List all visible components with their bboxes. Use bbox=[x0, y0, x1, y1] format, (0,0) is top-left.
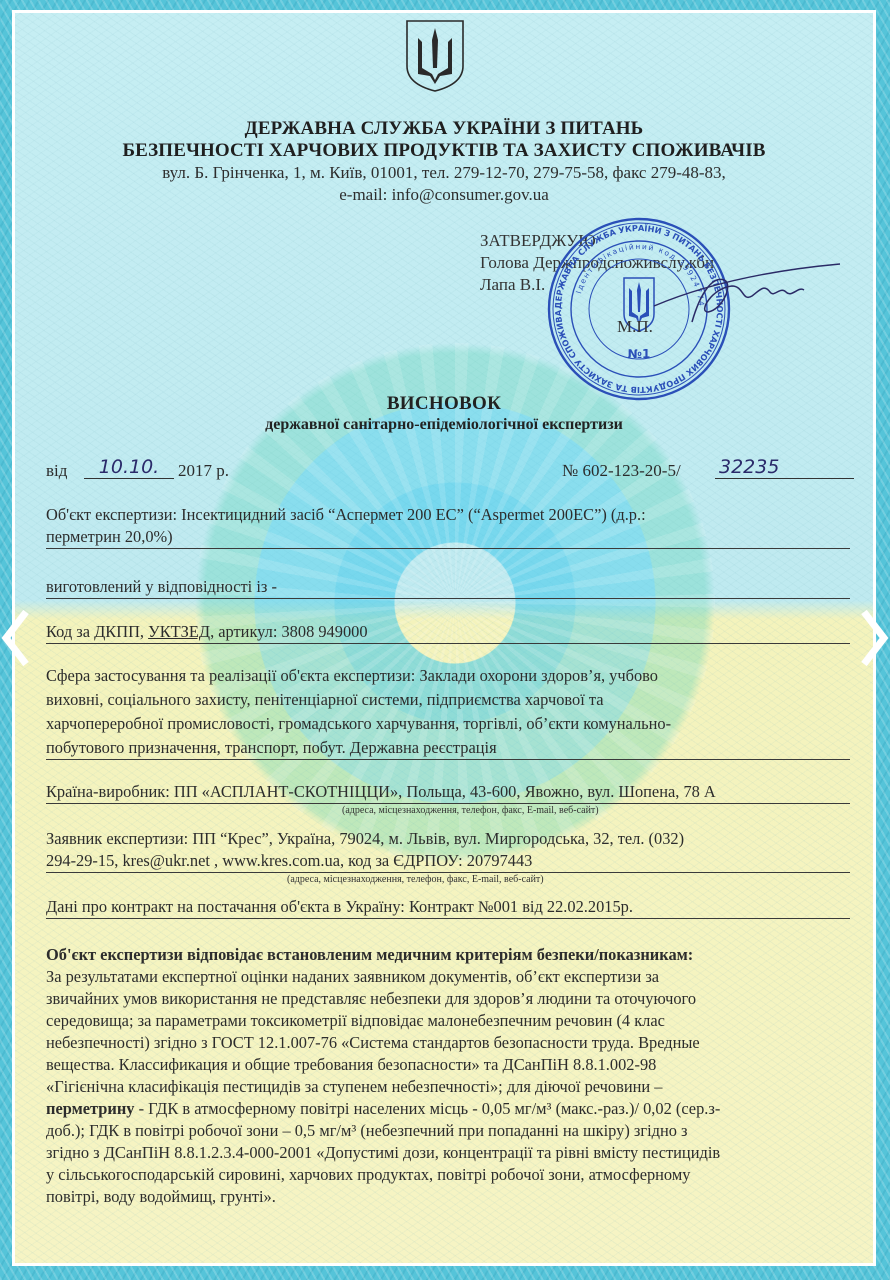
conclusion-line: звичайних умов використання не представл… bbox=[46, 988, 850, 1010]
conclusion-line: небезпечності) згідно з ГОСТ 12.1.007-76… bbox=[46, 1032, 850, 1054]
conclusion-line: повітрі, воду водоймищ, грунті». bbox=[46, 1186, 850, 1208]
applicant-line-1: Заявник експертизи: ПП “Крес”, Україна, … bbox=[46, 828, 850, 850]
conclusion-line: середовища; за параметрами токсикометрії… bbox=[46, 1010, 850, 1032]
scope-line-4: побутового призначення, транспорт, побут… bbox=[46, 737, 850, 759]
divider bbox=[46, 918, 850, 919]
conclusion-line: згідно з ДСанПіН 8.8.1.2.3.4-000-2001 «Д… bbox=[46, 1142, 850, 1164]
applicant-line-2: 294-29-15, kres@ukr.net , www.kres.com.u… bbox=[46, 850, 850, 872]
document-number-prefix: № 602-123-20-5/ bbox=[562, 461, 681, 481]
conclusion-heading: Об'єкт експертизи відповідає встановлени… bbox=[46, 944, 850, 966]
signature bbox=[652, 250, 842, 330]
scope-line-1: Сфера застосування та реалізації об'єкта… bbox=[46, 665, 850, 687]
document-number-handwritten: 32235 bbox=[715, 456, 854, 479]
conclusion-line: доб.); ГДК в повітрі робочої зони – 0,5 … bbox=[46, 1120, 850, 1142]
document-content: ДЕРЖАВНА СЛУЖБА УКРАЇНИ З ПИТАНЬ БЕЗПЕЧН… bbox=[12, 10, 876, 1266]
stamp-number: №1 bbox=[628, 347, 651, 361]
chevron-right-icon[interactable] bbox=[856, 608, 890, 668]
document-title: ВИСНОВОК bbox=[12, 393, 876, 415]
conclusion-line: «Гігієнічна класифікація пестицидів за с… bbox=[46, 1076, 850, 1098]
conclusion-line: За результатами експертної оцінки надани… bbox=[46, 966, 850, 988]
substance-limits: - ГДК в атмосферному повітрі населених м… bbox=[134, 1099, 720, 1118]
divider bbox=[46, 643, 850, 644]
scope-line-2: виховні, соціального захисту, пенітенціа… bbox=[46, 689, 850, 711]
date-prefix: від bbox=[46, 461, 67, 481]
document-border: ДЕРЖАВНА СЛУЖБА УКРАЇНИ З ПИТАНЬ БЕЗПЕЧН… bbox=[0, 0, 890, 1280]
substance-name: перметрину bbox=[46, 1099, 134, 1118]
organization-email: e-mail: info@consumer.gov.ua bbox=[12, 185, 876, 205]
organization-name-line1: ДЕРЖАВНА СЛУЖБА УКРАЇНИ З ПИТАНЬ bbox=[12, 118, 876, 140]
date-year: 2017 р. bbox=[178, 461, 229, 481]
conclusion-line: вещества. Классификация и общие требован… bbox=[46, 1054, 850, 1076]
organization-name-line2: БЕЗПЕЧНОСТІ ХАРЧОВИХ ПРОДУКТІВ ТА ЗАХИСТ… bbox=[12, 140, 876, 162]
document-sheet: ДЕРЖАВНА СЛУЖБА УКРАЇНИ З ПИТАНЬ БЕЗПЕЧН… bbox=[12, 10, 876, 1266]
conclusion-substance-line: перметрину - ГДК в атмосферному повітрі … bbox=[46, 1098, 850, 1120]
divider bbox=[46, 548, 850, 549]
object-line-1: Об'єкт експертизи: Інсектицидний засіб “… bbox=[46, 504, 850, 526]
chevron-left-icon[interactable] bbox=[0, 608, 34, 668]
organization-address: вул. Б. Грінченка, 1, м. Київ, 01001, те… bbox=[12, 163, 876, 183]
code-uktzed: УКТЗЕД bbox=[148, 622, 210, 641]
divider bbox=[46, 598, 850, 599]
ukraine-trident-icon bbox=[404, 18, 466, 94]
manufactured-according: виготовлений у відповідності із - bbox=[46, 576, 850, 598]
producer-hint: (адреса, місцезнаходження, телефон, факс… bbox=[342, 805, 599, 816]
seal-placeholder-label: М.П. bbox=[617, 317, 653, 337]
date-handwritten: 10.10. bbox=[84, 456, 174, 479]
conclusion-line: у сільськогосподарській сировині, харчов… bbox=[46, 1164, 850, 1186]
product-code: Код за ДКПП, УКТЗЕД, артикул: 3808 94900… bbox=[46, 621, 850, 643]
divider bbox=[46, 759, 850, 760]
applicant-hint: (адреса, місцезнаходження, телефон, факс… bbox=[287, 874, 544, 885]
producer: Країна-виробник: ПП «АСПЛАНТ-СКОТНІЦЦИ»,… bbox=[46, 781, 850, 803]
divider bbox=[46, 803, 850, 804]
contract: Дані про контракт на постачання об'єкта … bbox=[46, 896, 850, 918]
document-subtitle: державної санітарно-епідеміологічної екс… bbox=[12, 416, 876, 434]
code-suffix: , артикул: 3808 949000 bbox=[210, 622, 367, 641]
code-prefix: Код за ДКПП, bbox=[46, 622, 148, 641]
scope-line-3: харчопереробної промисловості, громадськ… bbox=[46, 713, 850, 735]
object-line-2: перметрин 20,0%) bbox=[46, 526, 850, 548]
divider bbox=[46, 872, 850, 873]
